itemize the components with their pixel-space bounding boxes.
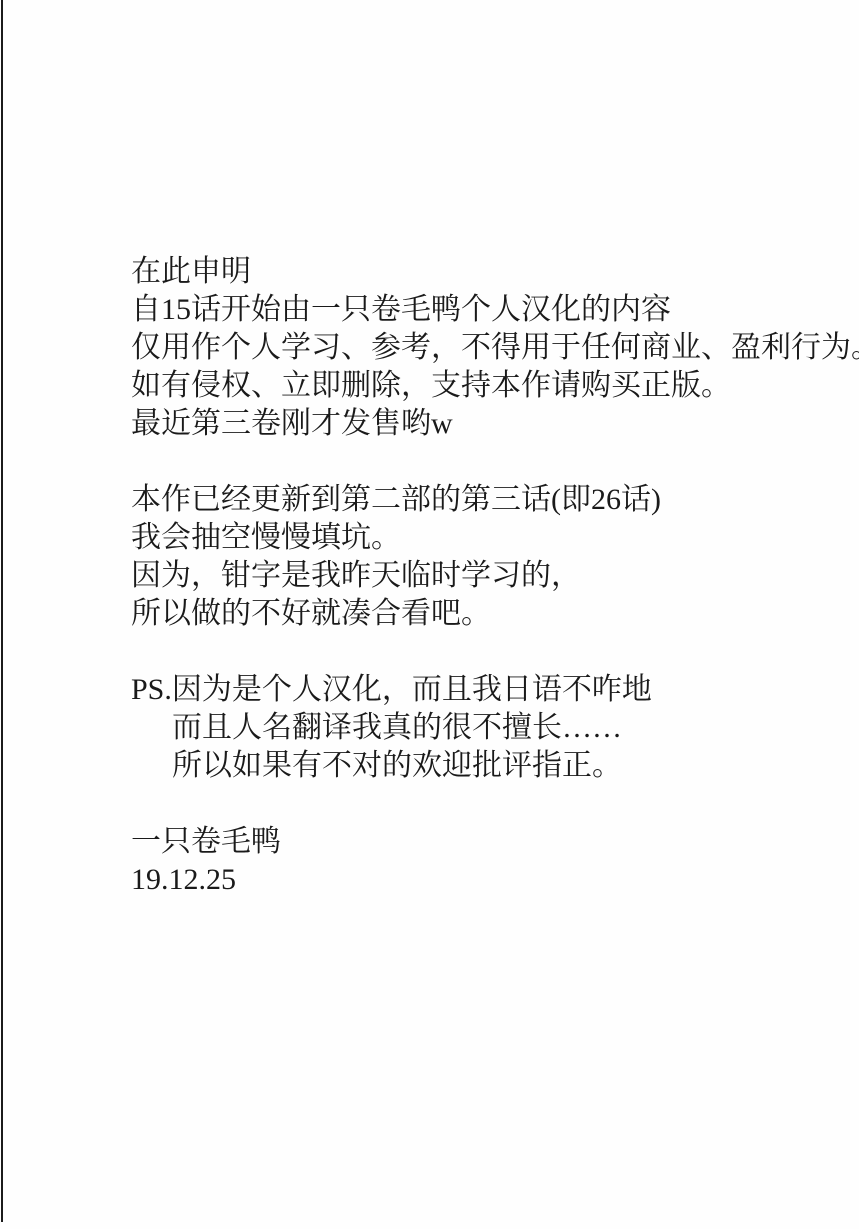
- note-line: PS.因为是个人汉化，而且我日语不咋地: [131, 671, 831, 709]
- note-line: 仅用作个人学习、参考，不得用于任何商业、盈利行为。: [131, 329, 831, 367]
- translator-note: 在此申明 自15话开始由一只卷毛鸭个人汉化的内容 仅用作个人学习、参考，不得用于…: [131, 253, 831, 899]
- note-line: 最近第三卷刚才发售哟w: [131, 405, 831, 443]
- note-line: 而且人名翻译我真的很不擅长……: [131, 709, 831, 747]
- note-line: 所以如果有不对的欢迎批评指正。: [131, 747, 831, 785]
- note-line: 我会抽空慢慢填坑。: [131, 519, 831, 557]
- signature-date: 19.12.25: [131, 861, 831, 899]
- note-line: 本作已经更新到第二部的第三话(即26话): [131, 481, 831, 519]
- progress-paragraph: 本作已经更新到第二部的第三话(即26话) 我会抽空慢慢填坑。 因为，钳字是我昨天…: [131, 481, 831, 633]
- declaration-paragraph: 在此申明 自15话开始由一只卷毛鸭个人汉化的内容 仅用作个人学习、参考，不得用于…: [131, 253, 831, 443]
- scan-edge-line: [1, 0, 3, 1222]
- postscript-paragraph: PS.因为是个人汉化，而且我日语不咋地 而且人名翻译我真的很不擅长…… 所以如果…: [131, 671, 831, 785]
- signature-block: 一只卷毛鸭 19.12.25: [131, 823, 831, 899]
- note-line: 因为，钳字是我昨天临时学习的，: [131, 557, 831, 595]
- signature-name: 一只卷毛鸭: [131, 823, 831, 861]
- note-line: 如有侵权、立即删除，支持本作请购买正版。: [131, 367, 831, 405]
- note-line: 所以做的不好就凑合看吧。: [131, 595, 831, 633]
- note-line: 自15话开始由一只卷毛鸭个人汉化的内容: [131, 291, 831, 329]
- note-line: 在此申明: [131, 253, 831, 291]
